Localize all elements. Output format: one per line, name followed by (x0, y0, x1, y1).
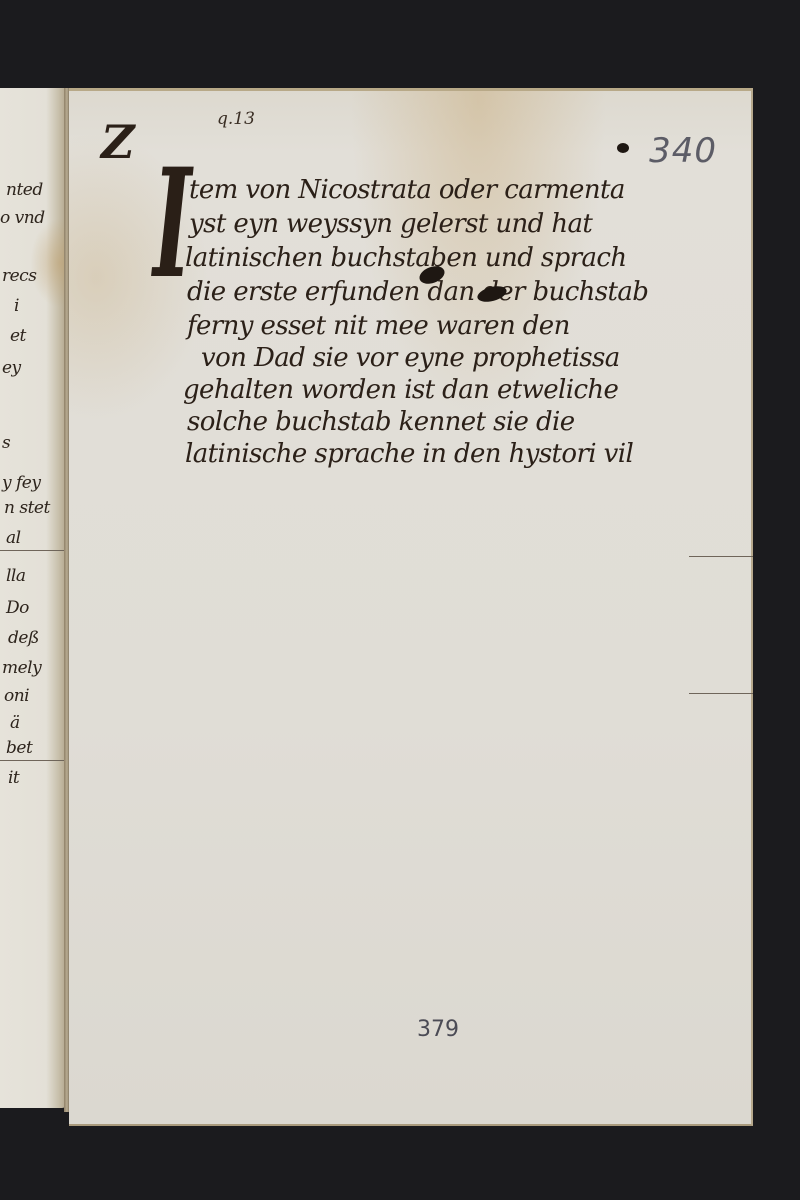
ink-blot (617, 143, 629, 153)
ruled-line (0, 760, 66, 761)
left-page-fragment: ey (2, 358, 21, 378)
upper-annotation: q.13 (217, 109, 255, 129)
left-facing-page: nted o vnd recs i et ey s y fey n stet a… (0, 88, 66, 1108)
text-line: solche buchstab kennet sie die (187, 407, 575, 437)
page-number: 379 (417, 1017, 459, 1042)
left-page-fragment: lla (6, 566, 26, 586)
left-page-fragment: ä (10, 713, 20, 733)
text-line: latinische sprache in den hystori vil (185, 439, 633, 469)
text-line: latinischen buchstaben und sprach (185, 243, 627, 273)
ruled-line (689, 693, 753, 694)
text-line: von Dad sie vor eyne prophetissa (201, 343, 620, 373)
left-page-fragment: nted (6, 180, 43, 200)
left-page-fragment: et (10, 326, 26, 346)
text-line: tem von Nicostrata oder carmenta (189, 175, 625, 205)
left-page-fragment: al (6, 528, 21, 548)
left-page-fragment: oni (4, 686, 29, 706)
text-line: die erste erfunden dan der buchstab (187, 277, 648, 307)
text-line: yst eyn weyssyn gelerst und hat (189, 209, 592, 239)
decorated-initial: I (153, 149, 192, 299)
left-page-fragment: bet (6, 738, 32, 758)
manuscript-page: Z q.13 340 I tem von Nicostrata oder car… (69, 88, 753, 1126)
left-page-fragment: i (14, 296, 19, 316)
left-page-fragment: o vnd (0, 208, 45, 228)
folio-number: 340 (649, 131, 717, 171)
left-page-fragment: recs (2, 266, 36, 286)
ruled-line (689, 556, 753, 557)
left-page-fragment: mely (2, 658, 41, 678)
ruled-line (0, 550, 66, 551)
left-page-fragment: Do (6, 598, 29, 618)
left-page-fragment: it (8, 768, 19, 788)
text-line: ferny esset nit mee waren den (187, 311, 570, 341)
marginal-mark: Z (101, 115, 135, 169)
left-page-fragment: y fey (2, 473, 40, 493)
water-stain (30, 218, 66, 308)
text-line: gehalten worden ist dan etweliche (183, 375, 618, 405)
left-page-fragment: n stet (4, 498, 50, 518)
left-page-fragment: s (2, 433, 10, 453)
left-page-fragment: deß (8, 628, 39, 648)
